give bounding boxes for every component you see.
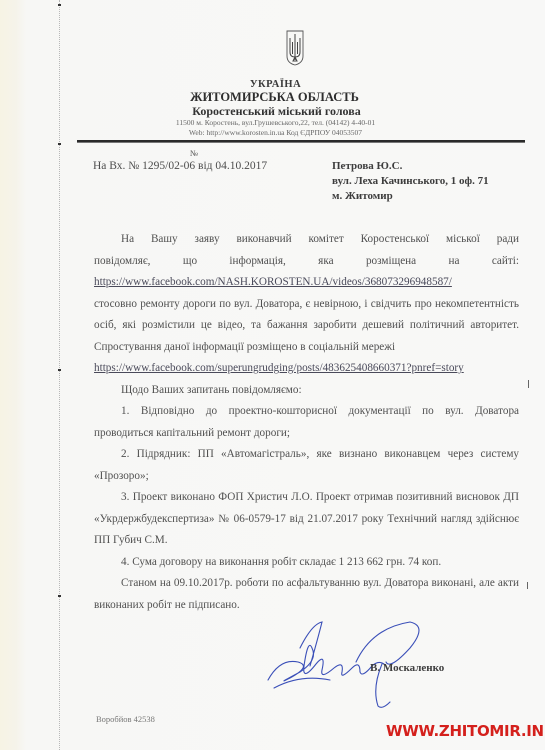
word: міської <box>446 229 480 251</box>
word: що <box>183 251 197 273</box>
fold-mark <box>58 4 61 6</box>
answer-item-3: 3. Проект виконано ФОП Христич Л.О. Прое… <box>94 487 519 552</box>
word: повідомляє, <box>94 251 150 273</box>
site-watermark: WWW.ZHITOMIR.INFO <box>386 722 545 740</box>
letterhead-country: УКРАЇНА <box>3 79 545 90</box>
answer-item-4: 4. Сума договору на виконання робіт скла… <box>94 552 519 574</box>
word: заяву <box>195 229 220 251</box>
closing-paragraph: Станом на 09.10.2017р. роботи по асфальт… <box>94 573 519 616</box>
answer-item-2: 2. Підрядник: ПП «Автомагістраль», яке в… <box>94 444 519 487</box>
scanned-letter-page: УКРАЇНА ЖИТОМИРСЬКА ОБЛАСТЬ Коростенськи… <box>0 0 545 750</box>
questions-intro: Щодо Ваших запитань повідомляємо: <box>94 380 519 402</box>
body-paragraph-1-rest: стосовно ремонту дороги по вул. Доватора… <box>94 294 519 359</box>
signatory-name: В. Москаленко <box>370 662 444 674</box>
word: яка <box>318 251 333 273</box>
scan-artifact <box>527 582 528 589</box>
fold-mark <box>58 595 61 597</box>
outgoing-number-label: № <box>190 148 198 158</box>
scan-artifact <box>528 380 529 388</box>
letterhead-office: Коростенський міський голова <box>4 104 545 119</box>
word: Коростенської <box>361 229 429 251</box>
word: комітет <box>309 229 344 251</box>
letterhead-address: 11500 м. Коростень, вул.Грушевського,22,… <box>3 118 545 127</box>
addressee-name: Петрова Ю.С. <box>332 159 489 174</box>
word: інформація, <box>229 251 285 273</box>
word: виконавчий <box>236 229 291 251</box>
word: Вашу <box>151 229 178 251</box>
letterhead-web: Web: http://www.korosten.in.ua Код ЄДРПО… <box>3 128 545 137</box>
word: сайті: <box>492 251 519 273</box>
word: на <box>448 251 459 273</box>
letterhead-divider <box>77 140 525 143</box>
trident-coat-of-arms-icon <box>286 30 304 66</box>
body-line-1: На Вашу заяву виконавчий комітет Коросте… <box>94 229 519 251</box>
facebook-video-link[interactable]: https://www.facebook.com/NASH.KOROSTEN.U… <box>94 276 452 288</box>
word: розміщена <box>366 251 416 273</box>
executor-note: Воробйов 42538 <box>96 714 155 724</box>
incoming-reference: На Вх. № 1295/02-06 від 04.10.2017 <box>93 160 267 172</box>
word: На <box>121 229 134 251</box>
body-line-2: повідомляє, що інформація, яка розміщена… <box>94 251 519 273</box>
addressee-street: вул. Леха Качинського, 1 оф. 71 <box>332 174 489 189</box>
facebook-video-link-line: https://www.facebook.com/NASH.KOROSTEN.U… <box>94 272 519 294</box>
letter-body: На Вашу заяву виконавчий комітет Коросте… <box>94 229 519 616</box>
facebook-post-link[interactable]: https://www.facebook.com/superungrudging… <box>94 362 464 374</box>
fold-mark <box>58 143 61 145</box>
word: ради <box>497 229 519 251</box>
addressee-city: м. Житомир <box>332 189 489 204</box>
fold-mark <box>58 369 61 371</box>
facebook-post-link-line: https://www.facebook.com/superungrudging… <box>94 358 519 380</box>
addressee-block: Петрова Ю.С. вул. Леха Качинського, 1 оф… <box>332 159 489 204</box>
answer-item-1: 1. Відповідно до проектно-кошторисної до… <box>94 401 519 444</box>
letterhead-region: ЖИТОМИРСЬКА ОБЛАСТЬ <box>2 90 545 105</box>
